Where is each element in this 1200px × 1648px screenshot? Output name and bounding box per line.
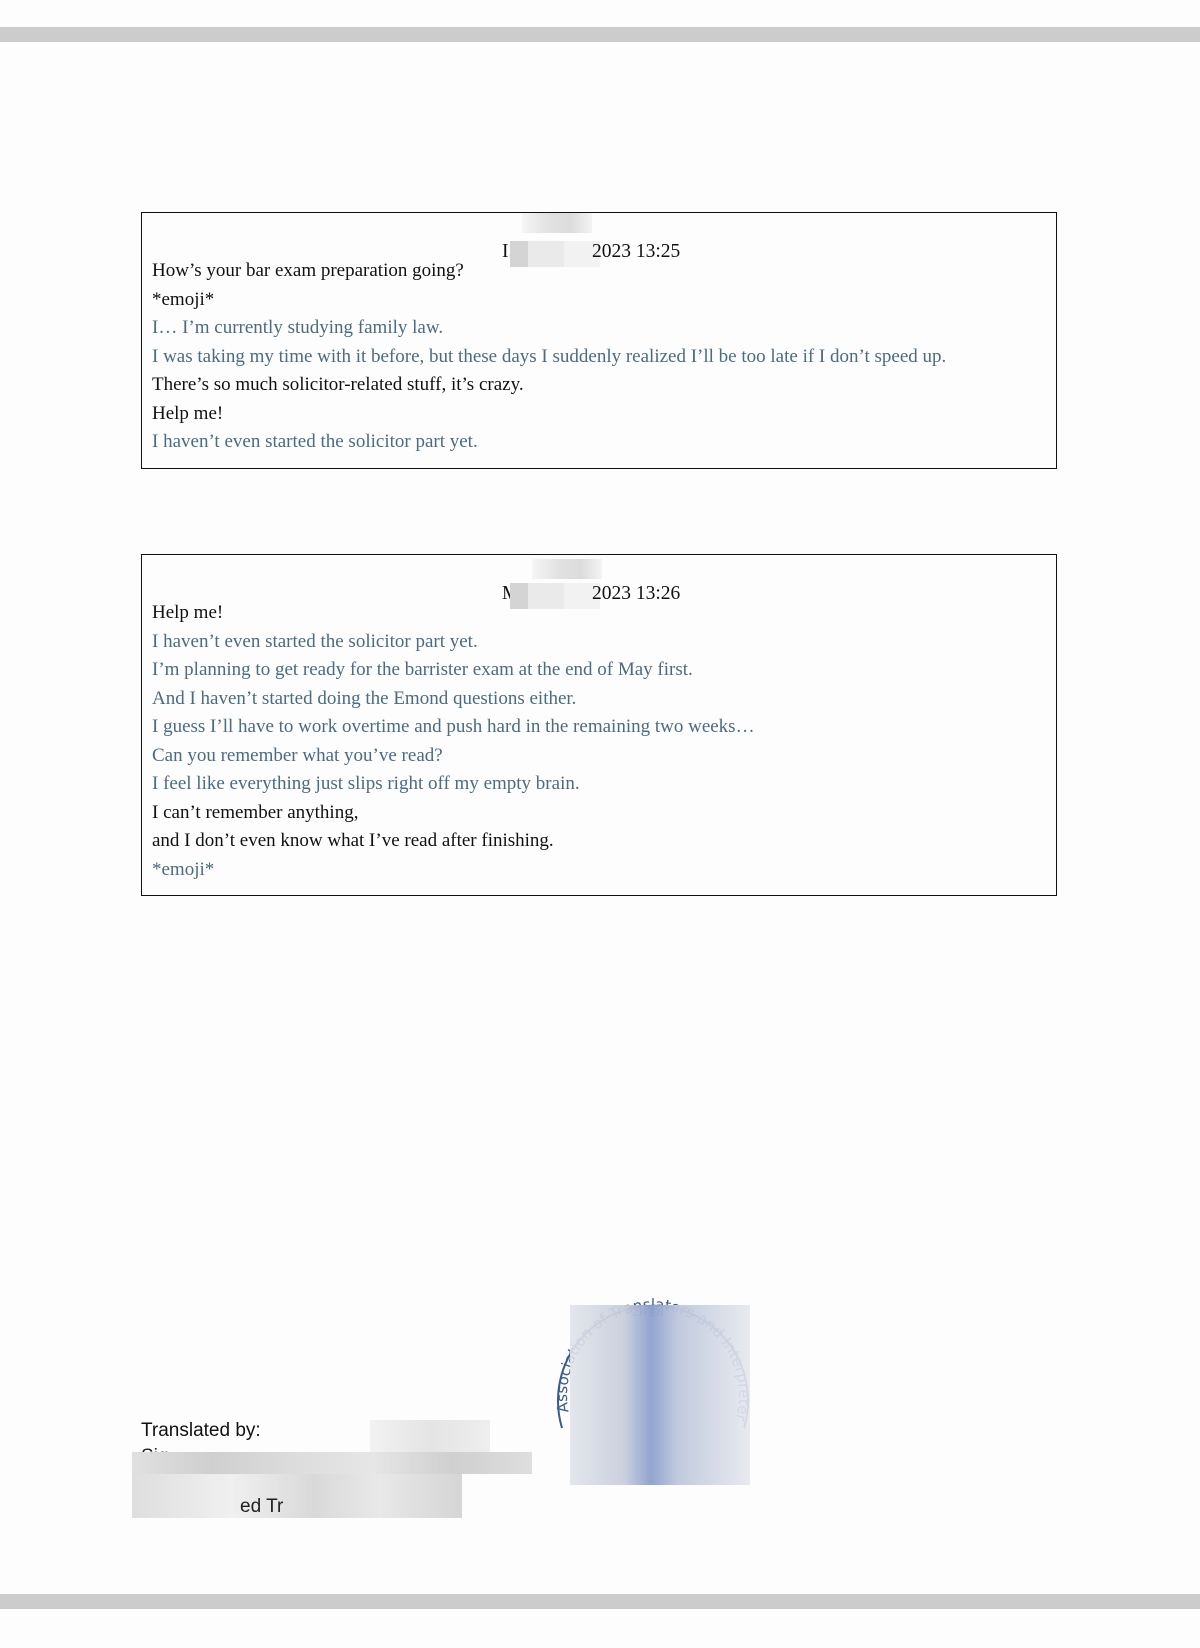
timestamp: 2023 13:25 bbox=[592, 241, 680, 263]
redaction bbox=[532, 559, 602, 579]
message-line: I can’t remember anything, bbox=[152, 799, 1056, 828]
message-line: I was taking my time with it before, but… bbox=[152, 343, 1056, 372]
chat-date-header: I. 2023 13:25 bbox=[152, 213, 1056, 257]
message-line: I’m planning to get ready for the barris… bbox=[152, 656, 1056, 685]
redaction bbox=[132, 1452, 532, 1474]
message-line: I haven’t even started the solicitor par… bbox=[152, 628, 1056, 657]
stamp-redaction bbox=[570, 1305, 750, 1485]
chat-excerpt-2: M 2023 13:26 Help me!I haven’t even star… bbox=[141, 554, 1057, 896]
message-list: How’s your bar exam preparation going?*e… bbox=[152, 257, 1056, 457]
message-line: Help me! bbox=[152, 400, 1056, 429]
message-line: I haven’t even started the solicitor par… bbox=[152, 428, 1056, 457]
message-list: Help me!I haven’t even started the solic… bbox=[152, 599, 1056, 884]
page-separator-top bbox=[0, 27, 1200, 42]
message-line: *emoji* bbox=[152, 286, 1056, 315]
translated-by-label: Translated by: bbox=[141, 1420, 261, 1442]
chat-date-header: M 2023 13:26 bbox=[152, 555, 1056, 599]
message-line: Can you remember what you’ve read? bbox=[152, 742, 1056, 771]
message-line: There’s so much solicitor-related stuff,… bbox=[152, 371, 1056, 400]
redaction bbox=[510, 241, 600, 267]
redaction bbox=[132, 1474, 462, 1518]
message-line: I guess I’ll have to work overtime and p… bbox=[152, 713, 1056, 742]
certification-partial: ed Tr bbox=[240, 1496, 283, 1518]
redaction bbox=[510, 583, 600, 609]
page-separator-bottom bbox=[0, 1594, 1200, 1609]
message-line: and I don’t even know what I’ve read aft… bbox=[152, 827, 1056, 856]
message-line: *emoji* bbox=[152, 856, 1056, 885]
redaction bbox=[522, 213, 592, 233]
redaction bbox=[370, 1420, 490, 1452]
chat-excerpt-1: I. 2023 13:25 How’s your bar exam prepar… bbox=[141, 212, 1057, 469]
message-line: And I haven’t started doing the Emond qu… bbox=[152, 685, 1056, 714]
message-line: I… I’m currently studying family law. bbox=[152, 314, 1056, 343]
message-line: I feel like everything just slips right … bbox=[152, 770, 1056, 799]
timestamp: 2023 13:26 bbox=[592, 583, 680, 605]
